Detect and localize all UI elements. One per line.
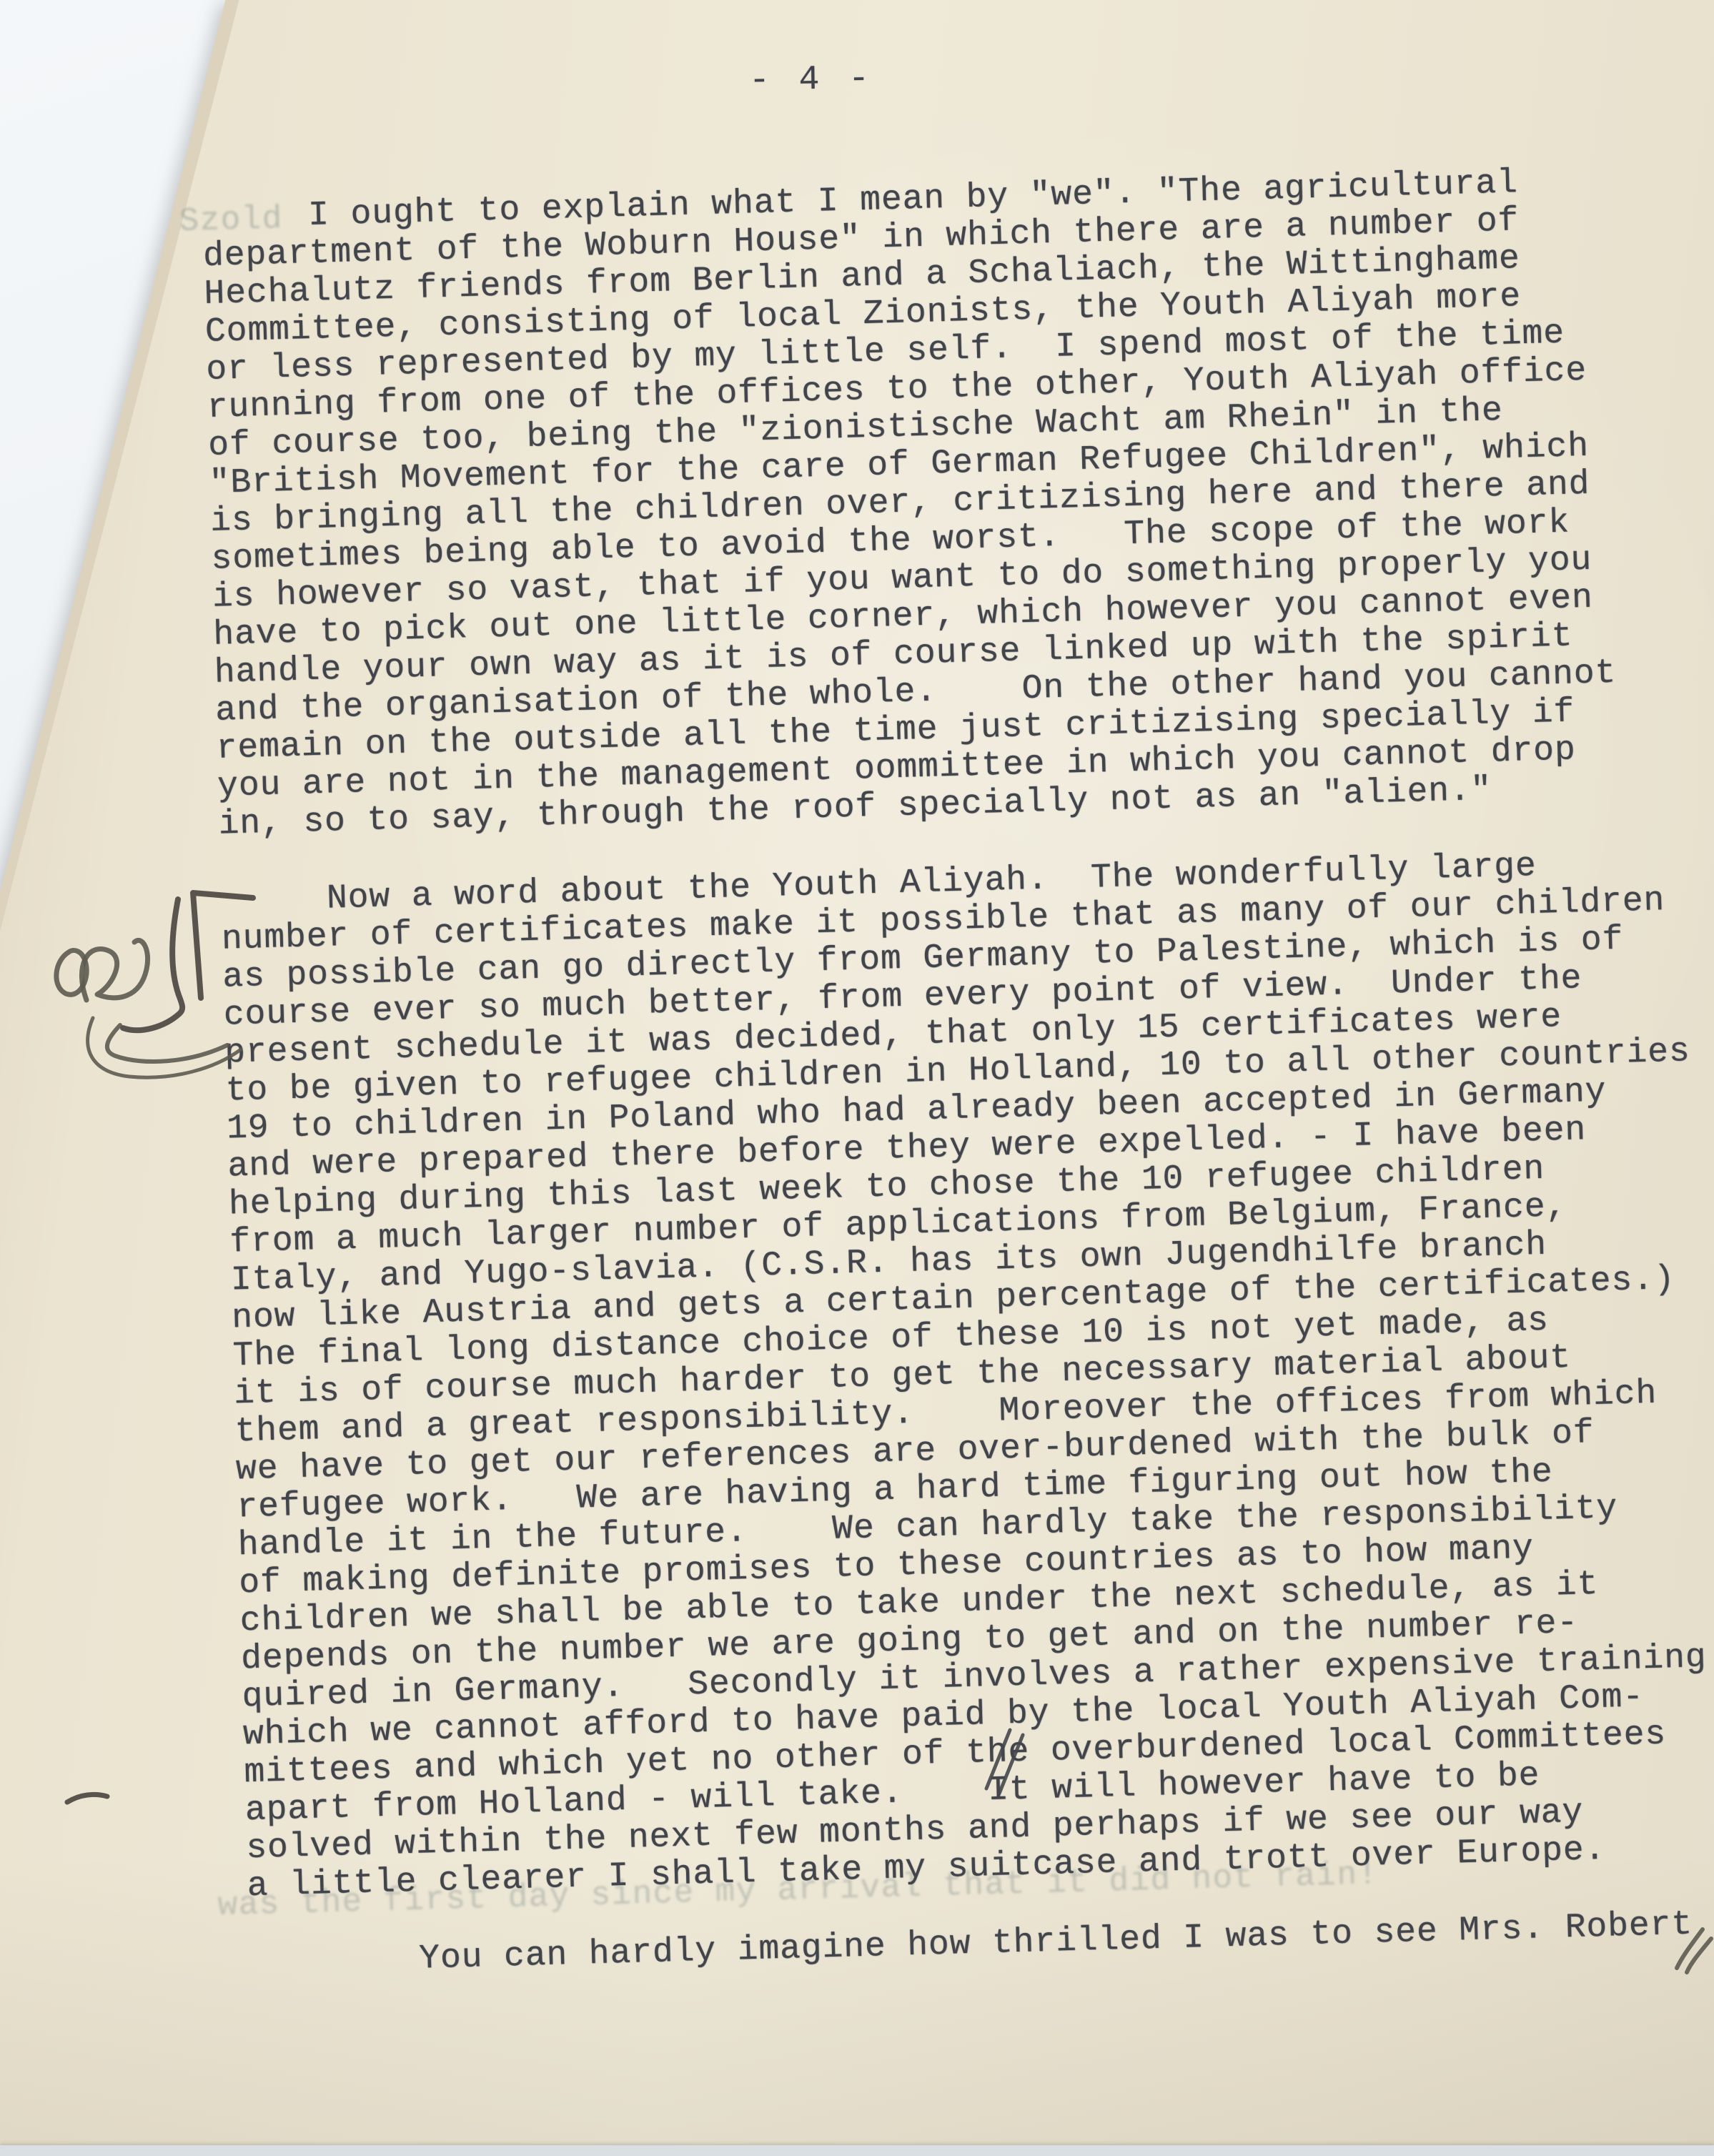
page-number: - 4 - [749, 61, 874, 101]
scanner-bed-strip [0, 2145, 1714, 2156]
scanned-letter-page: - 4 - Szold was the first day since my a… [0, 0, 1714, 2156]
paragraph: I ought to explain what I mean by "we". … [202, 159, 1714, 844]
typed-text: I ought to explain what I mean by "we". … [202, 159, 1714, 1983]
paragraph: Now a word about the Youth Aliyah. The w… [220, 842, 1714, 1906]
